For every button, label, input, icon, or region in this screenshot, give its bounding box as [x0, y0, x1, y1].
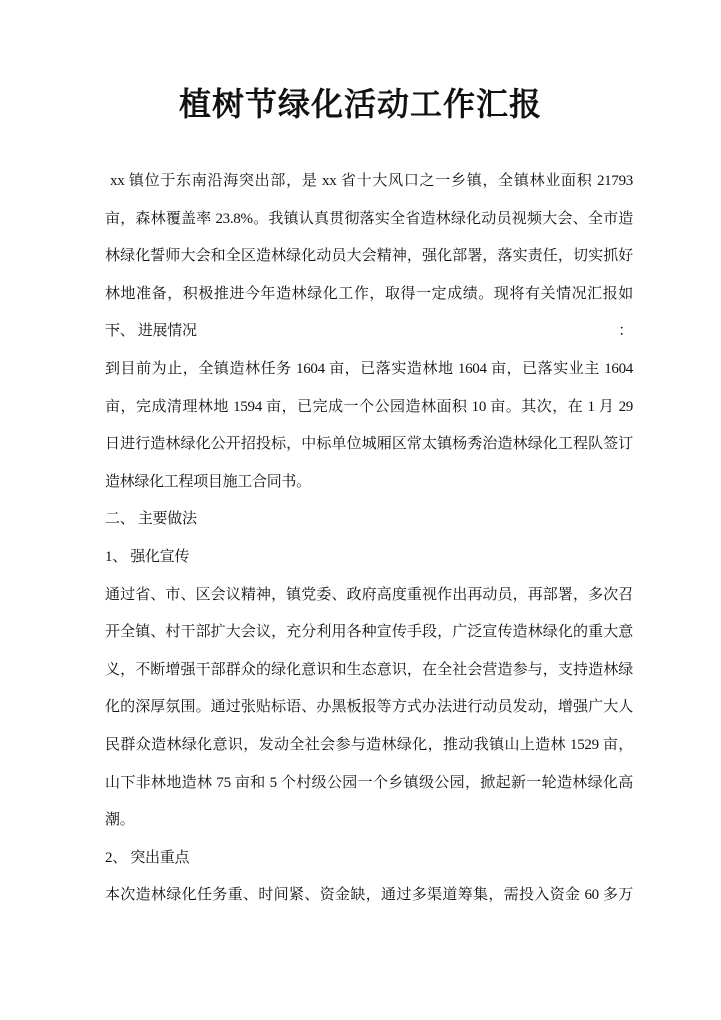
text-line: 义，不断增强干部群众的绿化意识和生态意识，在全社会营造参与，支持造林绿: [105, 652, 633, 690]
subsection-heading-focus: 2、 突出重点: [105, 840, 633, 878]
document-title: 植树节绿化活动工作汇报: [0, 84, 721, 124]
text-line: 亩，森林覆盖率 23.8%。我镇认真贯彻落实全省造林绿化动员视频大会、全市造: [105, 201, 633, 239]
text-line: xx 镇位于东南沿海突出部，是 xx 省十大风口之一乡镇，全镇林业面积 2179…: [105, 163, 633, 201]
text-line: 本次造林绿化任务重、时间紧、资金缺，通过多渠道筹集，需投入资金 60 多万: [105, 877, 633, 915]
text-line: 民群众造林绿化意识，发动全社会参与造林绿化，推动我镇山上造林 1529 亩，: [105, 727, 633, 765]
text-line: 日进行造林绿化公开招投标，中标单位城厢区常太镇杨秀治造林绿化工程队签订: [105, 426, 633, 464]
subsection-heading-publicity: 1、 强化宣传: [105, 539, 633, 577]
document-body: xx 镇位于东南沿海突出部，是 xx 省十大风口之一乡镇，全镇林业面积 2179…: [105, 163, 633, 915]
text-line: 到目前为止，全镇造林任务 1604 亩，已落实造林地 1604 亩，已落实业主 …: [105, 351, 633, 389]
document-page: 植树节绿化活动工作汇报 xx 镇位于东南沿海突出部，是 xx 省十大风口之一乡镇…: [0, 0, 721, 1020]
text-line: 亩，完成清理林地 1594 亩，已完成一个公园造林面积 10 亩。其次，在 1 …: [105, 389, 633, 427]
text-line: 开全镇、村干部扩大会议，充分利用各种宣传手段，广泛宣传造林绿化的重大意: [105, 614, 633, 652]
text-line: 通过省、市、区会议精神，镇党委、政府高度重视作出再动员，再部署，多次召: [105, 577, 633, 615]
text-line: 潮。: [105, 802, 633, 840]
text-line: 山下非林地造林 75 亩和 5 个村级公园一个乡镇级公园，掀起新一轮造林绿化高: [105, 765, 633, 803]
text-line: 林地准备，积极推进今年造林绿化工作，取得一定成绩。现将有关情况汇报如下：: [105, 276, 633, 314]
section-heading-methods: 二、 主要做法: [105, 501, 633, 539]
text-line: 林绿化誓师大会和全区造林绿化动员大会精神，强化部署，落实责任，切实抓好: [105, 238, 633, 276]
text-line: 造林绿化工程项目施工合同书。: [105, 464, 633, 502]
text-line: 化的深厚氛围。通过张贴标语、办黑板报等方式办法进行动员发动，增强广大人: [105, 689, 633, 727]
